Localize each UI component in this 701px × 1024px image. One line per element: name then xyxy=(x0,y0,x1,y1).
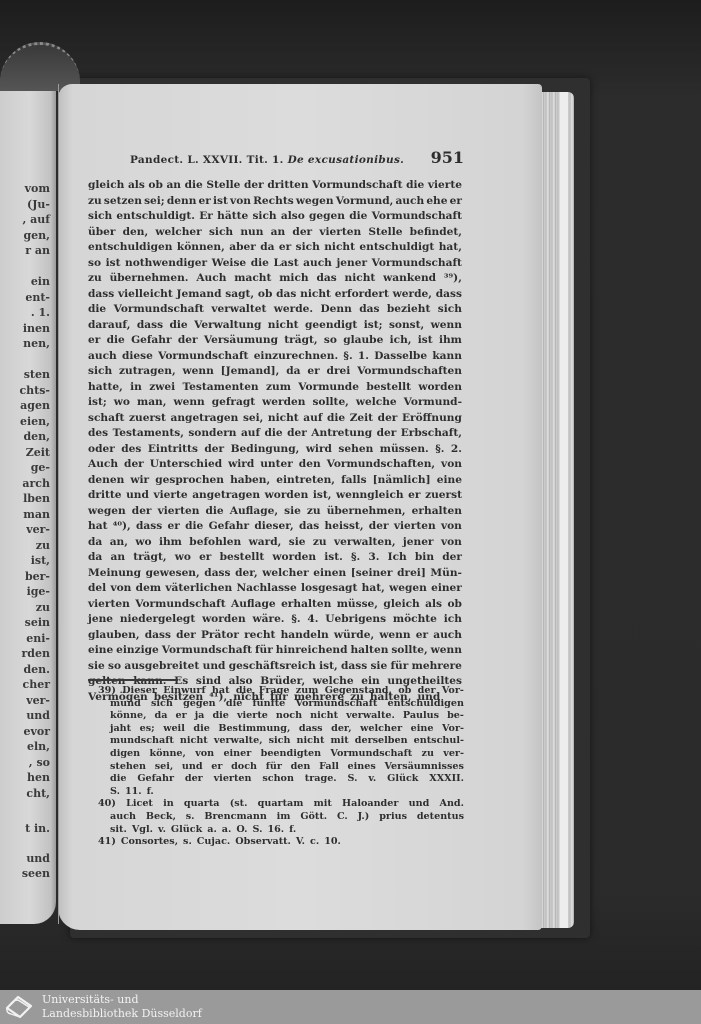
body-line: soistnothwendigerWeisedieLastauchjenerVo… xyxy=(88,256,462,272)
left-page-text-fragment: und xyxy=(26,852,50,865)
left-page-text-fragment: agen xyxy=(20,399,50,412)
footnote-line: mundschaftnichtverwalte,sichnichtmitders… xyxy=(98,735,464,748)
left-page-text-fragment: gen, xyxy=(23,229,50,242)
body-line: delvondemväterlichenNachlasselosgesagtha… xyxy=(88,581,462,597)
left-page-text-fragment: arch xyxy=(22,477,50,490)
body-line: ist;woman,wenngefragtwerdensollte,welche… xyxy=(88,395,462,411)
left-page-text-fragment: chts- xyxy=(19,384,50,397)
body-line: sichzutragen,wenn[Jemand],daerdreiVormun… xyxy=(88,364,462,380)
left-page-text-fragment: seen xyxy=(22,867,50,880)
body-line: wegenderviertendieAuflage,siezuübernehme… xyxy=(88,504,462,520)
left-page-text-fragment: eni- xyxy=(26,632,50,645)
footnote-line: 40)Licetinquarta(st.quartammitHaloanderu… xyxy=(98,798,464,811)
body-line: oderdesEintrittsderBedingung,wirdsehenmü… xyxy=(88,442,462,458)
body-line: siesoausgebreitetundgeschäftsreichist,da… xyxy=(88,659,462,675)
library-name-line2: Landesbibliothek Düsseldorf xyxy=(42,1007,202,1021)
footnote-line: 39)DieserEinwurfhatdieFragezumGegenstand… xyxy=(98,685,464,698)
left-page-text-fragment: ent- xyxy=(25,291,50,304)
footnote-line: sit.Vgl.v.Glücka.a.O.S.16.f. xyxy=(98,824,464,837)
left-page-text-fragment: lben xyxy=(23,492,50,505)
left-page-text-fragment: cht, xyxy=(26,787,50,800)
book-logo-icon xyxy=(4,994,34,1020)
footnote-line: mundsichgegendiefünfteVormundschaftentsc… xyxy=(98,698,464,711)
left-page-text-fragment: t in. xyxy=(25,822,50,835)
page-number: 951 xyxy=(431,148,464,167)
left-page-text-fragment: und xyxy=(26,709,50,722)
footnote-rule xyxy=(88,679,178,681)
left-page-text-fragment: ge- xyxy=(31,461,50,474)
left-page-text-fragment: ver- xyxy=(26,694,50,707)
left-page-text-fragment: , auf xyxy=(22,213,50,226)
body-line: daanträgt,woerbestelltwordenist.§.3.Ichb… xyxy=(88,550,462,566)
left-page-text-fragment: zu xyxy=(36,539,50,552)
body-line: hat⁴⁰),dasserdieGefahrdieser,dasheisst,d… xyxy=(88,519,462,535)
footnote-line: stehensei,underdochfürdenFalleinesVersäu… xyxy=(98,761,464,774)
footnote-line: könne,daerjadieviertenochnichtverwalte.P… xyxy=(98,710,464,723)
left-page-text-fragment: rden xyxy=(22,647,50,660)
left-page-text-fragment: zu xyxy=(36,601,50,614)
body-line: daan,woihmbefohlenward,siezuverwalten,je… xyxy=(88,535,462,551)
body-line: zuübernehmen.Auchmachtmichdasnichtwanken… xyxy=(88,271,462,287)
left-page-text-fragment: hen xyxy=(27,771,50,784)
body-line: hatte,inzweiTestamentenzumVormundebestel… xyxy=(88,380,462,396)
body-line: gleichalsobandieStellederdrittenVormunds… xyxy=(88,178,462,194)
left-page-text-fragment: ber- xyxy=(25,570,50,583)
left-page-text-fragment: . 1. xyxy=(31,306,50,319)
left-page-text-fragment: man xyxy=(23,508,50,521)
body-line: viertenVormundschaftAuflageerhaltenmüsse… xyxy=(88,597,462,613)
body-line: auchdieseVormundschafteinzurechnen.§.1.D… xyxy=(88,349,462,365)
left-page-text-fragment: (Ju- xyxy=(27,198,50,211)
body-text: gleichalsobandieStellederdrittenVormunds… xyxy=(88,178,462,705)
library-name-line1: Universitäts- und xyxy=(42,993,202,1007)
footer-bar: Universitäts- und Landesbibliothek Düsse… xyxy=(0,990,701,1024)
body-line: jeneniedergelegtwordenwäre.§.4.Uebrigens… xyxy=(88,612,462,628)
body-line: dassvielleichtJemandsagt,obdasnichterfor… xyxy=(88,287,462,303)
body-line: sichentschuldigt.Erhättesichalsogegendie… xyxy=(88,209,462,225)
left-page-text-fragment: r an xyxy=(25,244,50,257)
footnote-line: dieGefahrderviertenschontrage.S.v.GlückX… xyxy=(98,773,464,786)
body-line: glauben,dassderPrätorrechthandelnwürde,w… xyxy=(88,628,462,644)
left-page-text-fragment: cher xyxy=(23,678,51,691)
left-page-text-fragment: eln, xyxy=(27,740,50,753)
body-line: eineeinzigeVormundschaftfürhinreichendha… xyxy=(88,643,462,659)
left-page-text-fragment: eien, xyxy=(20,415,50,428)
body-line: dieVormundschaftverwaltetwerde.Denndasbe… xyxy=(88,302,462,318)
left-page-text-fragment: , so xyxy=(29,756,50,769)
left-page-text-fragment: den. xyxy=(23,663,50,676)
left-page-text-fragment: ist, xyxy=(31,554,50,567)
body-line: denenwirgesprochenhaben,eintreten,falls[… xyxy=(88,473,462,489)
body-line: desTestaments,sondernaufdiederAntretungd… xyxy=(88,426,462,442)
left-page-text-fragment: den, xyxy=(23,430,50,443)
left-page-text-fragment: sein xyxy=(25,616,50,629)
library-name: Universitäts- und Landesbibliothek Düsse… xyxy=(42,993,202,1021)
body-line: Meinunggewesen,dassder,welchereinen[sein… xyxy=(88,566,462,582)
gutter-line xyxy=(58,84,59,924)
body-line: zusetzensei;denneristvonRechtswegenVormu… xyxy=(88,194,462,210)
footnote-line: 41)Consortes,s.Cujac.Observatt.V.c.10. xyxy=(98,836,464,849)
body-line: dritteundvierteangetragenwordenist,wenng… xyxy=(88,488,462,504)
left-page-text-fragment: vom xyxy=(25,182,50,195)
page-edges xyxy=(538,92,574,928)
left-page-text-fragment: sten xyxy=(24,368,50,381)
body-line: überden,welchersichnunanderviertenStelle… xyxy=(88,225,462,241)
footnote-line: digenkönne,voneinerbeendigtenVormundscha… xyxy=(98,748,464,761)
left-page-edge: vom(Ju-, aufgen,r aneinent-. 1.inennen,s… xyxy=(0,82,56,924)
body-line: AuchderUnterschiedwirdunterdenVormundsch… xyxy=(88,457,462,473)
left-page-text-fragment: evor xyxy=(23,725,50,738)
footnotes: 39)DieserEinwurfhatdieFragezumGegenstand… xyxy=(98,685,464,849)
body-line: entschuldigenkönnen,aberdaersichnichtent… xyxy=(88,240,462,256)
running-head: Pandect. L. XXVII. Tit. 1. De excusation… xyxy=(130,148,464,167)
left-page-text-fragment: ver- xyxy=(26,523,50,536)
footnote-line: S.11.f. xyxy=(98,786,464,799)
left-page-text-fragment: inen xyxy=(23,322,50,335)
footnote-line: auchBeck,s.BrencmannimGött.C.J.)priusdet… xyxy=(98,811,464,824)
running-head-text: Pandect. L. XXVII. Tit. 1. xyxy=(130,154,284,166)
left-page-text-fragment: nen, xyxy=(23,337,50,350)
running-head-title: Pandect. L. XXVII. Tit. 1. De excusation… xyxy=(130,154,404,166)
body-line: darauf,dassdieVerwaltungnichtgeendigtist… xyxy=(88,318,462,334)
footnote-line: jahtes;weildieBestimmung,dassder,welcher… xyxy=(98,723,464,736)
body-line: erdieGefahrderVersäumungträgt,soglaubeic… xyxy=(88,333,462,349)
left-page-text-fragment: ein xyxy=(31,275,50,288)
left-page-text-fragment: Zeit xyxy=(26,446,50,459)
running-head-italic: De excusationibus. xyxy=(288,154,405,166)
body-line: schaftzuerstangetragensei,nichtaufdieZei… xyxy=(88,411,462,427)
left-page-text-fragment: ige- xyxy=(27,585,50,598)
